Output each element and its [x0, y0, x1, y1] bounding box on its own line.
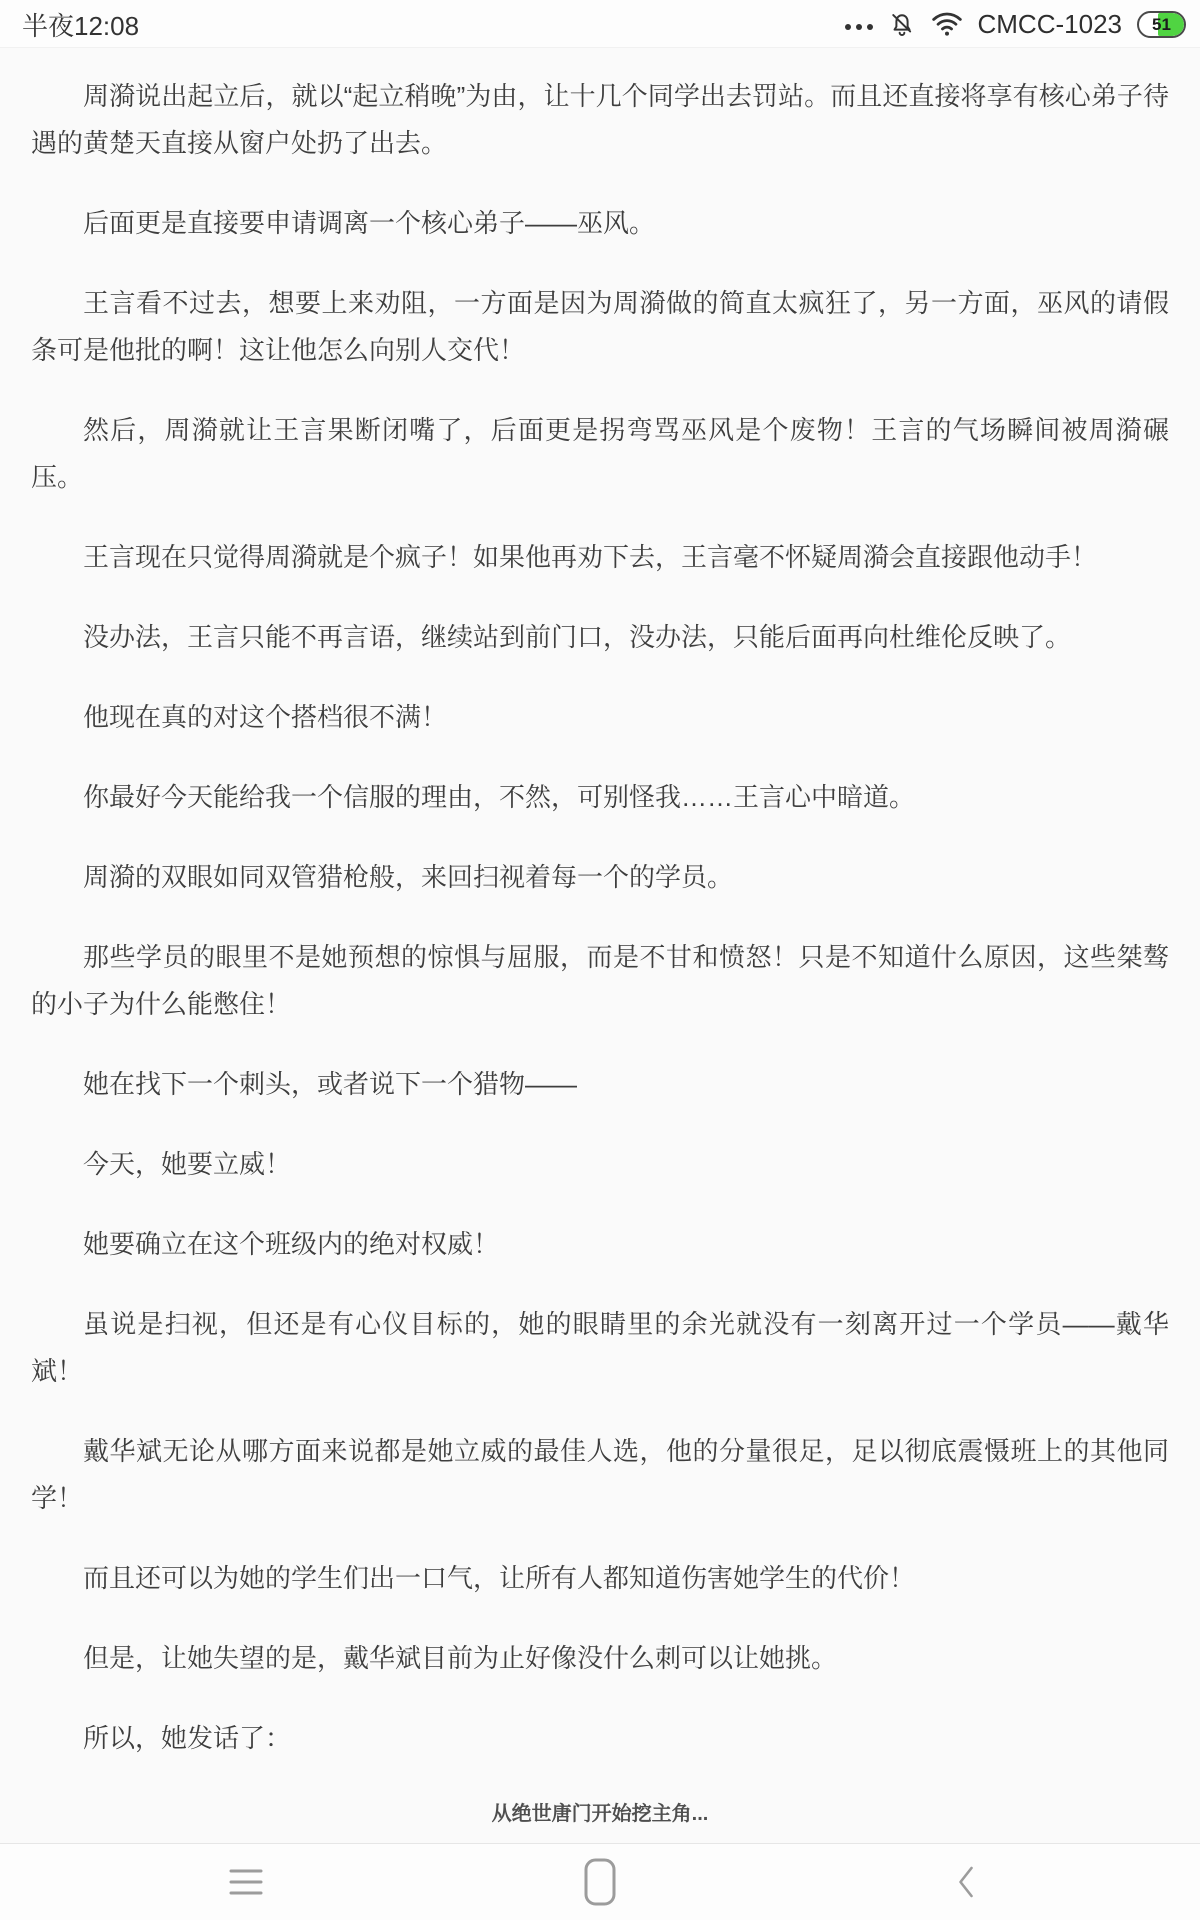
paragraph: 虽说是扫视，但还是有心仪目标的，她的眼睛里的余光就没有一刻离开过一个学员——戴华…: [31, 1301, 1169, 1395]
reader-content[interactable]: 周漪说出起立后，就以“起立稍晚”为由，让十几个同学出去罚站。而且还直接将享有核心…: [0, 48, 1200, 1779]
paragraph: 然后，周漪就让王言果断闭嘴了，后面更是拐弯骂巫风是个废物！王言的气场瞬间被周漪碾…: [31, 407, 1169, 501]
paragraph: 而且还可以为她的学生们出一口气，让所有人都知道伤害她学生的代价！: [31, 1555, 1169, 1602]
wifi-icon: [931, 11, 963, 38]
paragraph: 王言看不过去，想要上来劝阻，一方面是因为周漪做的简直太疯狂了，另一方面，巫风的请…: [31, 280, 1169, 374]
paragraph: 王言现在只觉得周漪就是个疯子！如果他再劝下去，王言毫不怀疑周漪会直接跟他动手！: [31, 534, 1169, 581]
battery-icon: 51: [1137, 11, 1186, 38]
paragraph: 戴华斌无论从哪方面来说都是她立威的最佳人选，他的分量很足，足以彻底震慑班上的其他…: [31, 1428, 1169, 1522]
paragraph: 那些学员的眼里不是她预想的惊惧与屈服，而是不甘和愤怒！只是不知道什么原因，这些桀…: [31, 934, 1169, 1028]
paragraph: 他现在真的对这个搭档很不满！: [31, 694, 1169, 741]
book-title: 从绝世唐门开始挖主角...: [0, 1779, 1200, 1843]
navigation-bar: [0, 1843, 1200, 1920]
paragraph: 周漪的双眼如同双管猎枪般，来回扫视着每一个的学员。: [31, 854, 1169, 901]
paragraph: 没办法，王言只能不再言语，继续站到前门口，没办法，只能后面再向杜维伦反映了。: [31, 614, 1169, 661]
more-dots-icon: [845, 20, 873, 30]
network-name: CMCC-1023: [978, 9, 1123, 40]
paragraph: 你最好今天能给我一个信服的理由，不然，可别怪我……王言心中暗道。: [31, 774, 1169, 821]
recents-menu-icon[interactable]: [230, 1870, 263, 1895]
status-time: 半夜12:08: [22, 6, 139, 43]
battery-percent: 51: [1139, 13, 1184, 36]
reader-app: 半夜12:08 CMCC-1023: [0, 0, 1200, 1920]
paragraph: 但是，让她失望的是，戴华斌目前为止好像没什么刺可以让她挑。: [31, 1635, 1169, 1682]
mute-bell-icon: [888, 11, 916, 39]
paragraph: 周漪说出起立后，就以“起立稍晚”为由，让十几个同学出去罚站。而且还直接将享有核心…: [31, 73, 1169, 167]
paragraph: 所以，她发话了：: [31, 1715, 1169, 1762]
paragraph: 她在找下一个刺头，或者说下一个猎物——: [31, 1061, 1169, 1108]
paragraph: 后面更是直接要申请调离一个核心弟子——巫风。: [31, 200, 1169, 247]
paragraph: 她要确立在这个班级内的绝对权威！: [31, 1221, 1169, 1268]
back-chevron-icon[interactable]: [954, 1864, 979, 1900]
home-icon[interactable]: [585, 1859, 616, 1906]
paragraph: 今天，她要立威！: [31, 1141, 1169, 1188]
status-bar: 半夜12:08 CMCC-1023: [0, 0, 1200, 48]
status-icons: CMCC-1023 51: [845, 9, 1187, 40]
